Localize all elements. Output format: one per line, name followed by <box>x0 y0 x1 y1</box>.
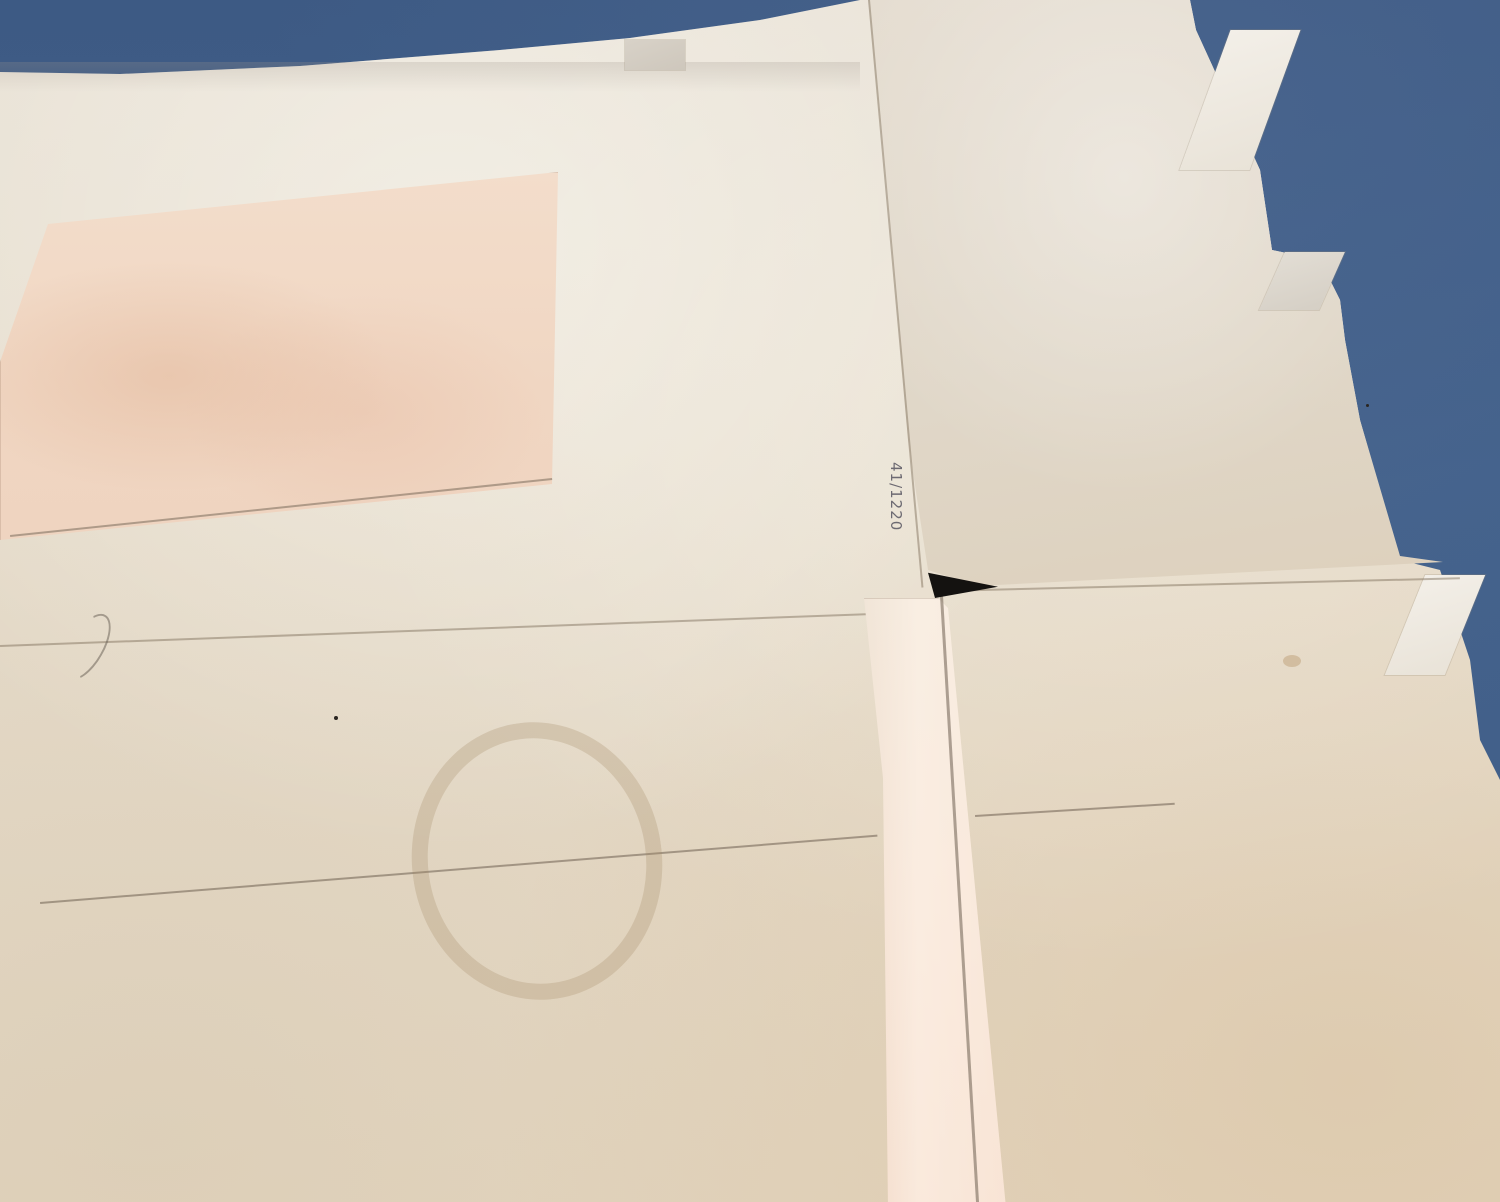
pencil-inventory-notation: 41/1220 <box>887 462 905 531</box>
tape-piece-top <box>625 40 685 70</box>
paper-top-edge-shadow <box>0 62 860 92</box>
photo-scene: 41/1220 <box>0 0 1500 1202</box>
dark-speck <box>1366 404 1369 407</box>
dark-speck <box>334 716 338 720</box>
foxing-spot <box>1283 655 1301 667</box>
